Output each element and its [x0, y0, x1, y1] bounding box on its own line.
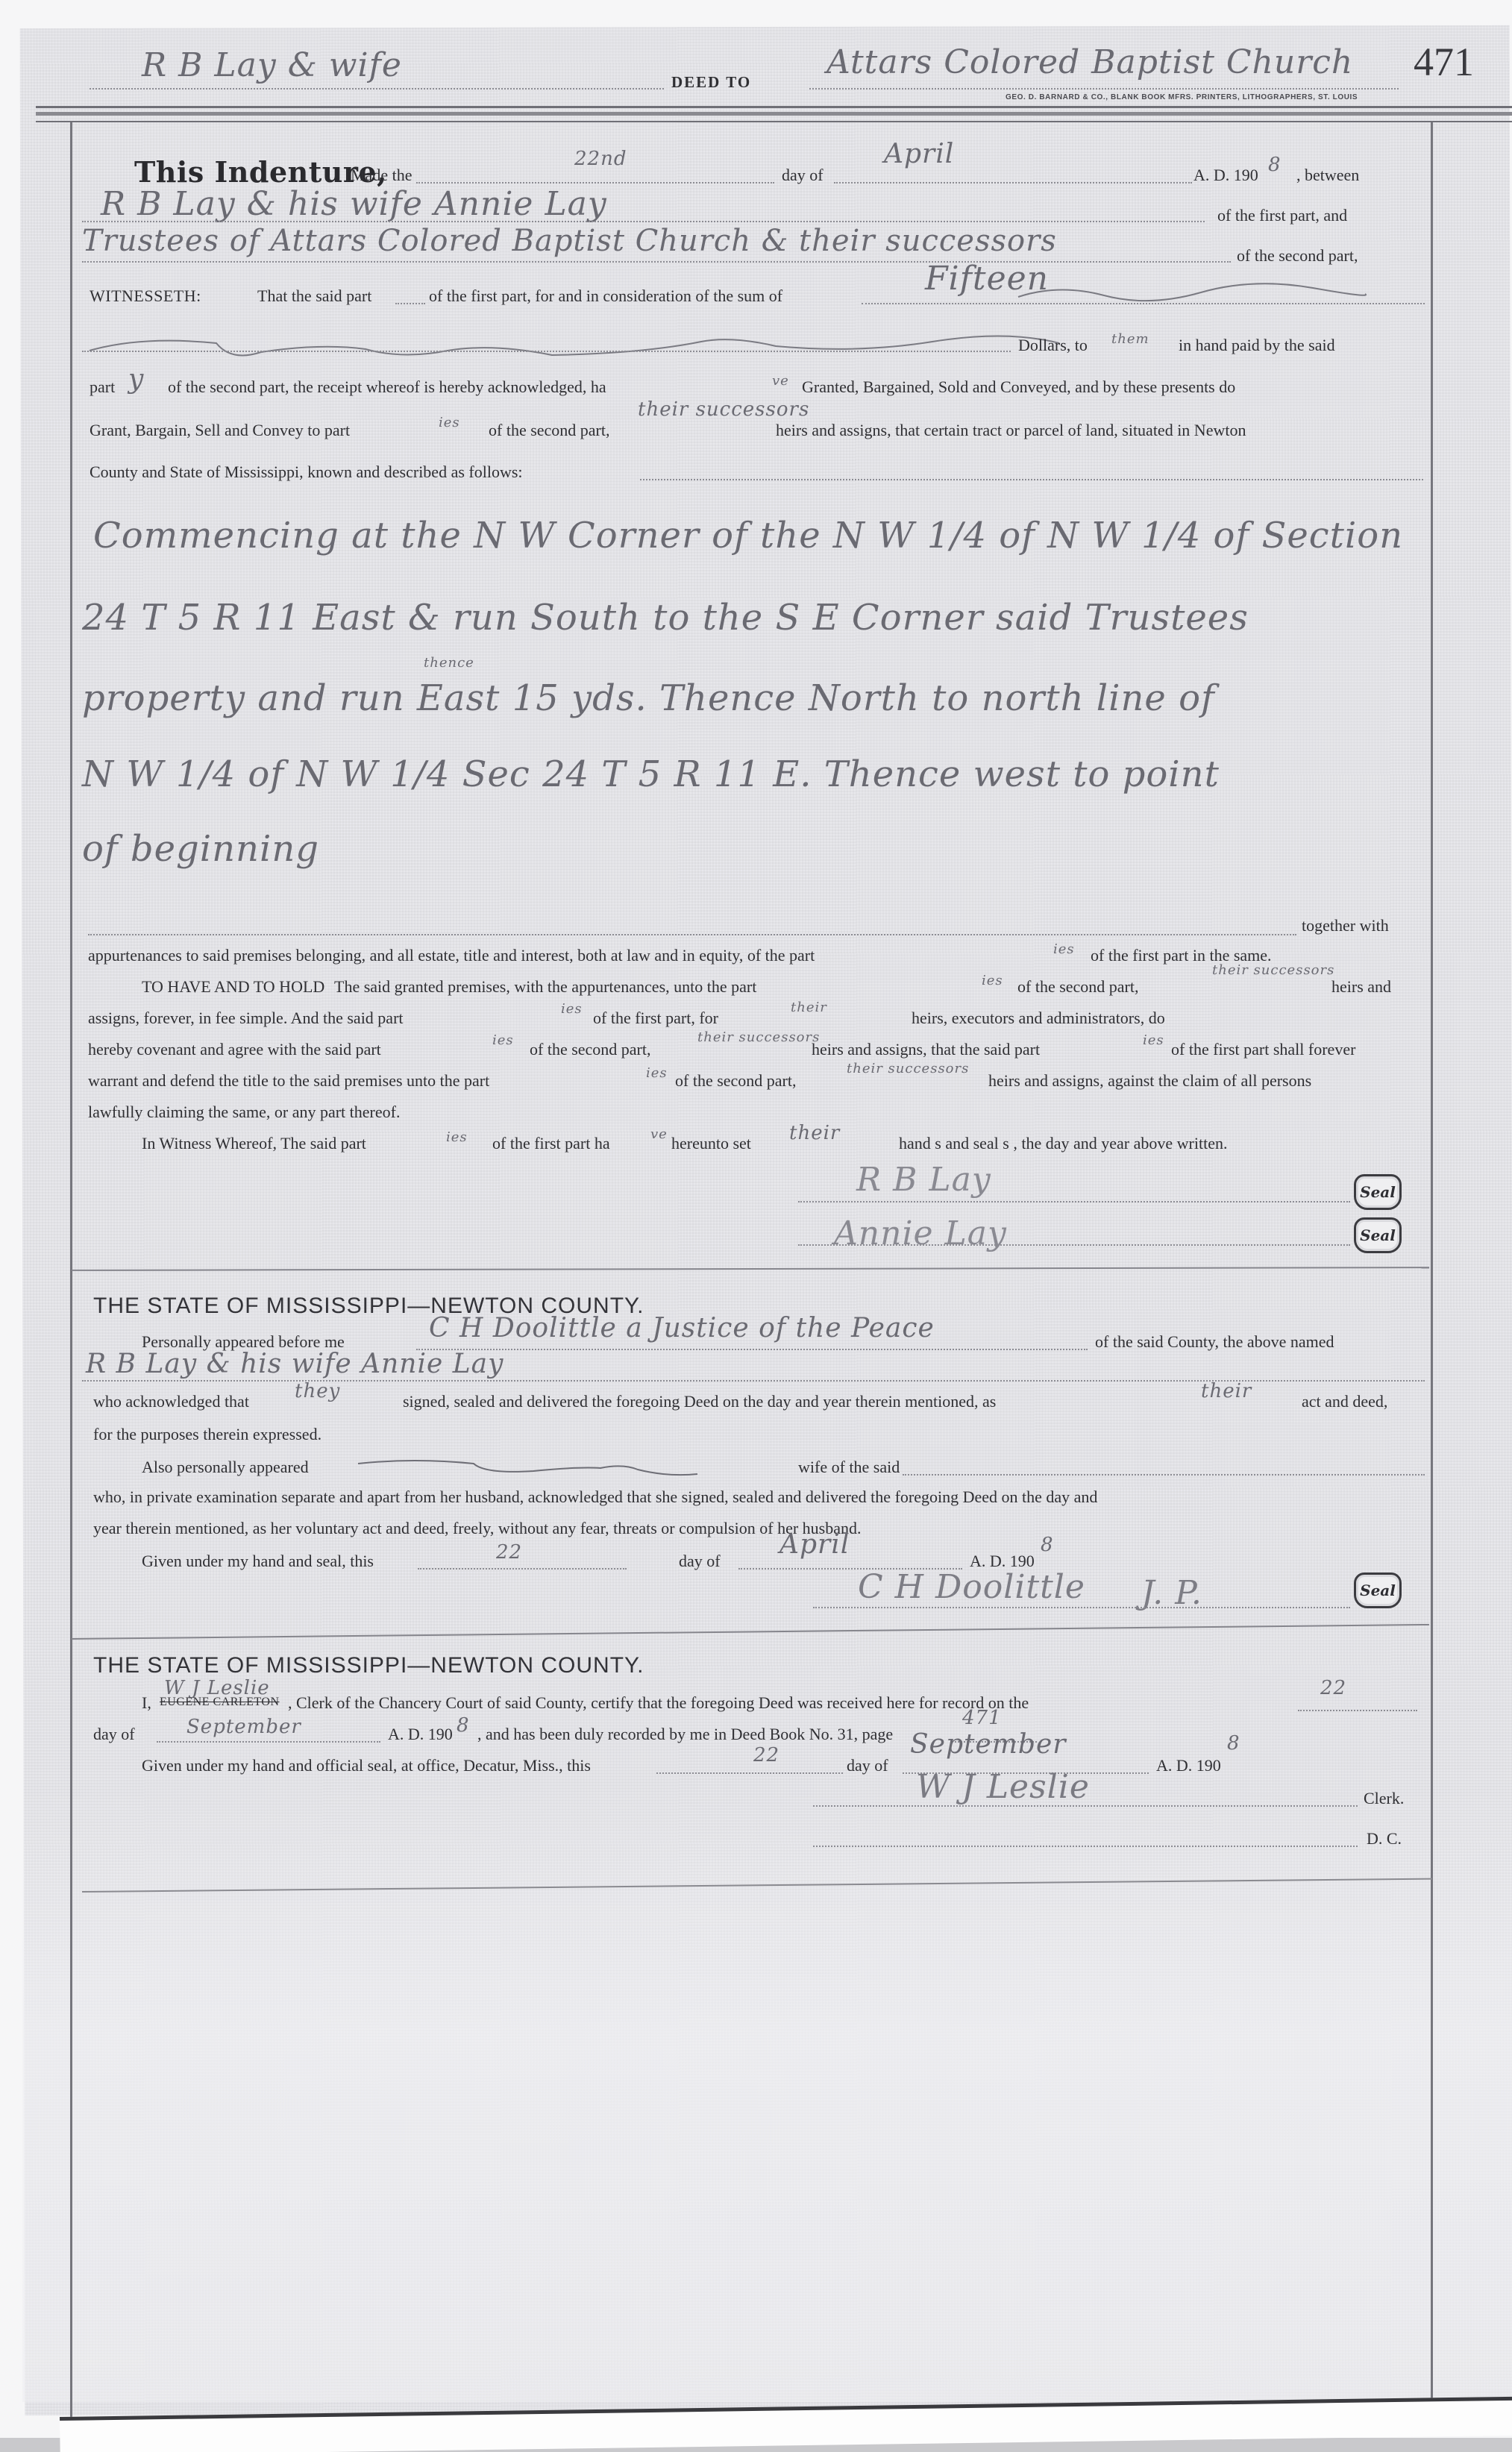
description-line-1: Commencing at the N W Corner of the N W …: [93, 515, 1403, 556]
ad-label: A. D. 190: [1193, 166, 1258, 185]
frame-right-rule: [1431, 122, 1433, 2420]
of-second-part-label: of the second part,: [1237, 246, 1358, 266]
signed-text: signed, sealed and delivered the foregoi…: [403, 1392, 996, 1411]
official-year-digit[interactable]: 8: [1227, 1732, 1240, 1755]
ha-value[interactable]: ve: [772, 373, 789, 389]
deed-to-label: DEED TO: [671, 73, 751, 92]
description-insert: thence: [424, 655, 474, 671]
heirs-and-label: heirs and: [1331, 977, 1391, 997]
grantor-signature-2: Annie Lay: [834, 1214, 1007, 1252]
together-with-label: together with: [1302, 916, 1389, 935]
warrant-text: warrant and defend the title to the said…: [88, 1071, 489, 1091]
header-grantor-line: [90, 88, 664, 90]
assigns-value[interactable]: ies: [561, 1001, 583, 1017]
given-under-label: Given under my hand and seal, this: [142, 1552, 374, 1571]
given-day-line: [418, 1568, 627, 1570]
covenant-text: hereby covenant and agree with the said …: [88, 1040, 381, 1059]
have-hold-value[interactable]: ies: [982, 973, 1003, 988]
warrant-second: of the second part,: [675, 1071, 797, 1091]
first-party-value[interactable]: R B Lay & his wife Annie Lay: [101, 185, 607, 223]
shall-forever: of the first part shall forever: [1171, 1040, 1355, 1059]
receipt-text: of the second part, the receipt whereof …: [168, 377, 606, 397]
appurtenances-value[interactable]: ies: [1053, 941, 1075, 957]
day-of-label: day of: [782, 166, 824, 185]
executors-text: heirs, executors and administrators, do: [912, 1009, 1165, 1028]
witness-text: In Witness Whereof, The said part: [142, 1134, 366, 1153]
have-hold-label: TO HAVE AND TO HOLD: [142, 977, 324, 997]
official-day-of: day of: [847, 1756, 888, 1775]
dollars-line: [82, 351, 1011, 352]
of-first-part-label: of the first part, and: [1217, 206, 1347, 225]
struck-name: EUGENE CARLETON: [160, 1696, 280, 1709]
header-rule-2: [36, 112, 1512, 116]
appurtenances-text: appurtenances to said premises belonging…: [88, 946, 815, 965]
warrant-heirs-value[interactable]: their successors: [847, 1061, 969, 1076]
given-day-of: day of: [679, 1552, 721, 1571]
witnesseth-text2: of the first part, for and in considerat…: [429, 286, 782, 306]
granted-text: Granted, Bargained, Sold and Conveyed, a…: [802, 377, 1235, 397]
of-said-county: of the said County, the above named: [1095, 1332, 1334, 1352]
grant-part-value[interactable]: ies: [439, 415, 460, 430]
frame-left-rule: [70, 122, 72, 2420]
witnesseth-part-line: [395, 303, 425, 304]
officer-signature-line: [813, 1607, 1350, 1608]
witnesseth-text: That the said part: [257, 286, 371, 306]
official-day-value[interactable]: 22: [753, 1744, 779, 1766]
description-line-3: property and run East 15 yds. Thence Nor…: [82, 677, 1215, 719]
signature-line-2: [798, 1244, 1350, 1246]
made-the-line: [416, 182, 774, 184]
official-given-text: Given under my hand and official seal, a…: [142, 1756, 591, 1775]
first-party-line: [82, 221, 1205, 222]
who-acknowledged: who acknowledged that: [93, 1392, 249, 1411]
description-line-5: of beginning: [82, 828, 319, 870]
covenant-second: of the second part,: [530, 1040, 651, 1059]
have-hold-second: of the second part,: [1017, 977, 1139, 997]
hereunto-set: hereunto set: [671, 1134, 751, 1153]
witness-value[interactable]: ies: [446, 1129, 468, 1145]
in-hand-paid-label: in hand paid by the said: [1179, 336, 1335, 355]
hereunto-value[interactable]: their: [789, 1122, 840, 1144]
recording-heading: THE STATE OF MISSISSIPPI—NEWTON COUNTY.: [93, 1653, 644, 1678]
covenant-heirs-value[interactable]: their successors: [697, 1029, 820, 1045]
day-value[interactable]: 22nd: [574, 148, 627, 170]
given-year-digit[interactable]: 8: [1041, 1534, 1054, 1556]
part-value[interactable]: y: [128, 364, 144, 395]
officer-signature: C H Doolittle: [858, 1568, 1085, 1606]
recorded-text: , and has been duly recorded by me in De…: [477, 1725, 893, 1744]
recording-day-of: day of: [93, 1725, 135, 1744]
header-grantee-line: [809, 88, 1399, 90]
page-value[interactable]: 471: [962, 1707, 1002, 1729]
given-month-value[interactable]: April: [779, 1529, 850, 1560]
seal-icon-1: Seal: [1354, 1174, 1402, 1210]
county-text: County and State of Mississippi, known a…: [90, 463, 523, 482]
between-label: , between: [1296, 166, 1359, 185]
have-hold-heirs-value[interactable]: their successors: [1212, 962, 1334, 978]
official-month-value[interactable]: September: [910, 1729, 1066, 1760]
header-rule-3: [36, 121, 1512, 122]
i-label: I,: [142, 1693, 151, 1713]
sum-flourish: [1014, 282, 1373, 304]
clerk-signature-line: [813, 1805, 1358, 1807]
named-value[interactable]: R B Lay & his wife Annie Lay: [86, 1349, 504, 1379]
made-the-label: Made the: [351, 166, 412, 185]
header-grantee: Attars Colored Baptist Church: [826, 43, 1353, 81]
month-value[interactable]: April: [884, 139, 954, 169]
header-grantor: R B Lay & wife: [142, 46, 402, 84]
page-number: 471: [1414, 39, 1474, 85]
heirs-assigns-text: heirs and assigns, that certain tract or…: [776, 421, 1246, 440]
dc-line: [813, 1846, 1358, 1847]
hand-seal-text: hand s and seal s , the day and year abo…: [899, 1134, 1227, 1153]
voluntary-text: year therein mentioned, as her voluntary…: [93, 1519, 862, 1538]
officer-line: [416, 1349, 1088, 1350]
also-appeared-flourish: [354, 1450, 817, 1480]
clerk-text: , Clerk of the Chancery Court of said Co…: [288, 1693, 1029, 1713]
clerk-label: Clerk.: [1364, 1789, 1404, 1808]
warrant-value[interactable]: ies: [646, 1065, 668, 1081]
received-month-value[interactable]: September: [186, 1716, 301, 1738]
covenant-value[interactable]: ies: [492, 1032, 514, 1048]
witness-ha-value[interactable]: ve: [650, 1126, 668, 1142]
have-hold-text: The said granted premises, with the appu…: [334, 977, 756, 997]
covenant-end: heirs and assigns, that the said part: [812, 1040, 1040, 1059]
year-digit[interactable]: 8: [1268, 154, 1282, 176]
also-appeared: Also personally appeared: [142, 1458, 309, 1477]
assigns-for-value[interactable]: their: [791, 1000, 827, 1015]
header-rule-1: [36, 106, 1512, 108]
act-and-deed: act and deed,: [1302, 1392, 1387, 1411]
seal-icon-3: Seal: [1354, 1573, 1402, 1608]
witnesseth-label: WITNESSETH:: [90, 286, 201, 306]
assigns-text: assigns, forever, in fee simple. And the…: [88, 1009, 404, 1028]
description-line-2: 24 T 5 R 11 East & run South to the S E …: [82, 597, 1249, 639]
purposes-text: for the purposes therein expressed.: [93, 1425, 321, 1444]
signature-line-1: [798, 1201, 1350, 1203]
received-month-line: [157, 1741, 380, 1743]
wife-line: [903, 1474, 1425, 1476]
lawfully-text: lawfully claiming the same, or any part …: [88, 1103, 400, 1122]
official-day-line: [656, 1772, 843, 1774]
second-party-value[interactable]: Trustees of Attars Colored Baptist Churc…: [82, 224, 1057, 258]
given-day-value[interactable]: 22: [496, 1541, 522, 1564]
as-value[interactable]: their: [1201, 1380, 1252, 1402]
grant-heirs-value[interactable]: their successors: [638, 398, 809, 421]
who-value[interactable]: they: [295, 1380, 340, 1402]
warrant-end: heirs and assigns, against the claim of …: [988, 1071, 1311, 1091]
witness-first: of the first part ha: [492, 1134, 610, 1153]
second-party-line: [82, 261, 1231, 263]
official-ad-label: A. D. 190: [1156, 1756, 1221, 1775]
dollars-to-label: Dollars, to: [1018, 336, 1088, 355]
assigns-first-part: of the first part, for: [593, 1009, 718, 1028]
description-line-4: N W 1/4 of N W 1/4 Sec 24 T 5 R 11 E. Th…: [82, 753, 1220, 795]
dollars-to-value[interactable]: them: [1111, 331, 1149, 347]
private-exam-text: who, in private examination separate and…: [93, 1487, 1097, 1507]
together-line: [88, 934, 1296, 935]
grant-second-part: of the second part,: [489, 421, 610, 440]
grant-text: Grant, Bargain, Sell and Convey to part: [90, 421, 350, 440]
officer-value[interactable]: C H Doolittle a Justice of the Peace: [429, 1313, 935, 1343]
seal-icon-2: Seal: [1354, 1217, 1402, 1253]
received-year-digit[interactable]: 8: [457, 1714, 470, 1737]
month-line: [834, 182, 1192, 184]
grantor-signature-1: R B Lay: [856, 1161, 991, 1199]
recording-ad-label: A. D. 190: [388, 1725, 453, 1744]
printer-imprint: GEO. D. BARNARD & CO., BLANK BOOK MFRS. …: [1006, 93, 1358, 101]
paper-fade: [22, 1790, 1512, 2402]
part-label: part: [90, 377, 115, 397]
clerk-signature: W J Leslie: [916, 1768, 1090, 1806]
received-day-value[interactable]: 22: [1320, 1677, 1346, 1699]
wife-of-said: wife of the said: [798, 1458, 900, 1477]
indenture-title: This Indenture,: [134, 155, 387, 189]
county-line: [640, 479, 1423, 480]
dc-label: D. C.: [1367, 1829, 1402, 1849]
covenant-end-value[interactable]: ies: [1143, 1032, 1164, 1048]
received-day-line: [1298, 1710, 1417, 1711]
